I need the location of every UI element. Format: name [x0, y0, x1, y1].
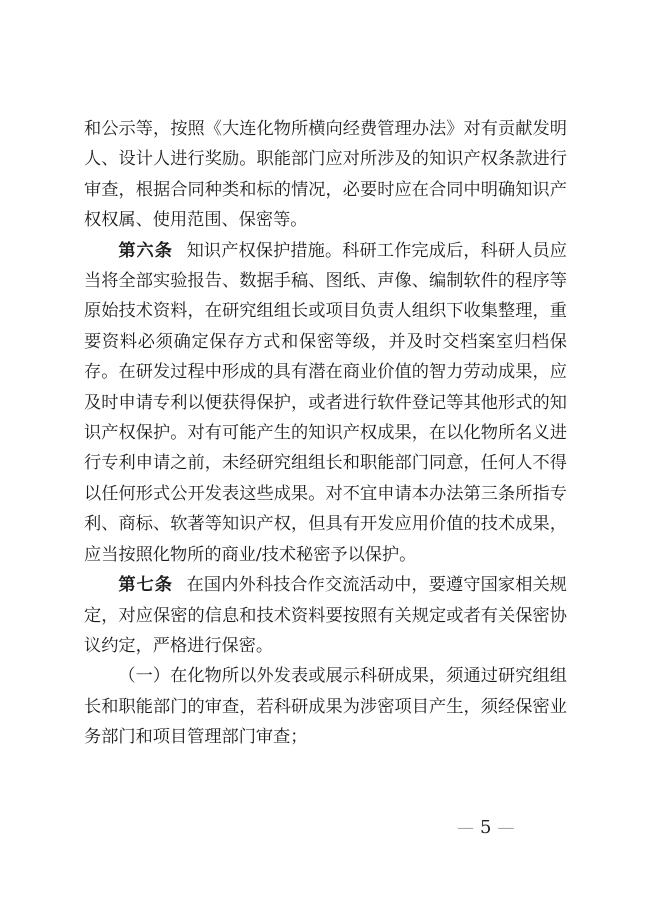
page-number: 5 — [479, 817, 492, 839]
page-footer: — 5 — — [452, 817, 519, 839]
article-number-label: 第六条 — [118, 241, 172, 261]
footer-dash-left: — — [452, 817, 479, 839]
document-page: 和公示等，按照《大连化物所横向经费管理办法》对有贡献发明人、设计人进行奖励。职能… — [0, 0, 650, 920]
article-text: 知识产权保护措施。科研工作完成后，科研人员应当将全部实验报告、数据手稿、图纸、声… — [84, 241, 567, 565]
paragraph-continuation: 和公示等，按照《大连化物所横向经费管理办法》对有贡献发明人、设计人进行奖励。职能… — [84, 114, 567, 236]
article-number-label: 第七条 — [118, 575, 172, 595]
paragraph-article-7: 第七条在国内外科技合作交流活动中，要遵守国家相关规定，对应保密的信息和技术资料要… — [84, 570, 567, 661]
paragraph-list-item-1: （一）在化物所以外发表或展示科研成果，须通过研究组组长和职能部门的审查，若科研成… — [84, 661, 567, 752]
paragraph-article-6: 第六条知识产权保护措施。科研工作完成后，科研人员应当将全部实验报告、数据手稿、图… — [84, 236, 567, 570]
document-body: 和公示等，按照《大连化物所横向经费管理办法》对有贡献发明人、设计人进行奖励。职能… — [84, 114, 567, 753]
footer-dash-right: — — [492, 817, 519, 839]
